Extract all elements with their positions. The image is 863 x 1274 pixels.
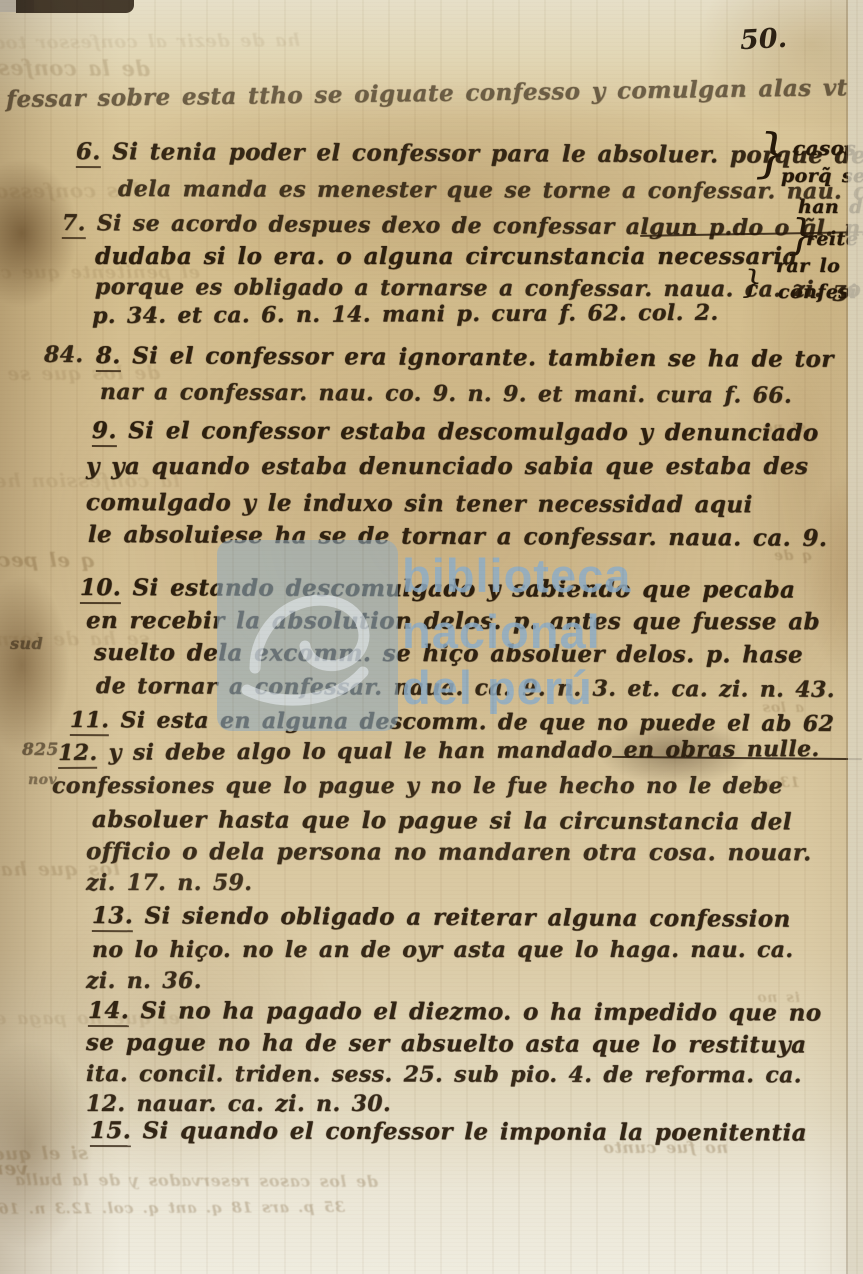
paper-stain (696, 0, 863, 134)
manuscript-page: ha de dezir al confessor todosde la conf… (0, 0, 863, 1274)
manuscript-line: se pague no ha de ser absuelto asta que … (86, 1029, 807, 1059)
margin-brace: } (742, 266, 763, 298)
manuscript-line: no lo hiço. no le an de oyr asta que lo … (92, 937, 794, 963)
manuscript-line: le absoluiese ha se de tornar a confessa… (88, 521, 828, 552)
manuscript-line: 14. Si no ha pagado el diezmo. o ha impe… (88, 997, 822, 1027)
item-number: 8. (96, 342, 121, 372)
manuscript-line: zi. n. 36. (86, 968, 202, 994)
manuscript-line: confessiones que lo pague y no le fue he… (52, 773, 783, 799)
manuscript-line: 12. y si debe algo lo qual le han mandad… (58, 736, 820, 766)
book-gutter-edge (0, 0, 18, 1274)
left-margin-note: 84. (44, 342, 83, 368)
bleedthrough-text: de los casos reservados y de la bulla (14, 1170, 378, 1191)
item-number: 11. (70, 707, 110, 736)
manuscript-line: 15. Si quando el confessor le imponia la… (90, 1117, 807, 1147)
margin-brace: } (788, 214, 815, 256)
manuscript-line: 8. Si el confessor era ignorante. tambie… (96, 342, 834, 373)
manuscript-line: officio o dela persona no mandaren otra … (86, 838, 812, 866)
manuscript-line: 11. Si esta en alguna descomm. de que no… (70, 707, 834, 737)
left-margin-note: 825 (22, 740, 59, 760)
item-number: 10. (80, 574, 121, 604)
item-number: 6. (76, 138, 101, 168)
manuscript-line: 13. Si siendo obligado a reiterar alguna… (92, 902, 791, 933)
manuscript-line: 12. nauar. ca. zi. n. 30. (86, 1091, 391, 1117)
manuscript-line: ita. concil. triden. sess. 25. sub pio. … (86, 1061, 802, 1088)
page-right-edge (846, 0, 863, 1274)
manuscript-line: 6. Si tenia poder el confessor para le a… (76, 138, 863, 169)
manuscript-line: y ya quando estaba denunciado sabia que … (86, 453, 808, 480)
manuscript-line: absoluer hasta que lo pague si la circun… (92, 806, 792, 835)
left-margin-note: nov (28, 772, 57, 788)
manuscript-line: 7. Si se acordo despues dexo de confessa… (62, 210, 863, 242)
manuscript-line: en recebir la absolution delos. p. antes… (86, 607, 820, 635)
manuscript-line: dela manda es menester que se torne a co… (118, 176, 863, 205)
margin-brace: } (755, 128, 788, 180)
bleedthrough-text: de la confession que se ha de reiterar q… (0, 52, 150, 81)
manuscript-line: p. 34. et ca. 6. n. 14. mani p. cura f. … (92, 300, 719, 329)
item-number: 9. (92, 417, 117, 447)
item-number: 13. (92, 902, 133, 932)
manuscript-line: de tornar a confessar. naua. ca. 9. n. 3… (96, 673, 835, 703)
manuscript-line: zi. 17. n. 59. (86, 870, 252, 896)
item-number: 12. (58, 740, 98, 769)
item-number: 7. (62, 210, 86, 239)
manuscript-line: comulgado y le induxo sin tener necessid… (86, 489, 753, 518)
manuscript-line: nar a confessar. nau. co. 9. n. 9. et ma… (100, 379, 792, 409)
manuscript-line: 9. Si el confessor estaba descomulgado y… (92, 417, 819, 447)
manuscript-line: dudaba si lo era. o alguna circunstancia… (95, 243, 798, 270)
item-number: 15. (90, 1117, 131, 1147)
item-number: 14. (88, 997, 129, 1027)
bleedthrough-text: ha de dezir al confessor todos (0, 30, 300, 54)
bleedthrough-text: 35 p. ars 18 q. ant q. col. 12.3 n. 16. (0, 1198, 345, 1218)
manuscript-line: 10. Si estando descomulgado y sabiendo q… (80, 574, 795, 603)
bnp-logo-icon (217, 540, 398, 731)
page-top-shadow (16, 0, 134, 13)
folio-number: 50. (739, 23, 788, 56)
manuscript-line: suelto dela excomm. se hiço absoluer del… (94, 639, 803, 668)
